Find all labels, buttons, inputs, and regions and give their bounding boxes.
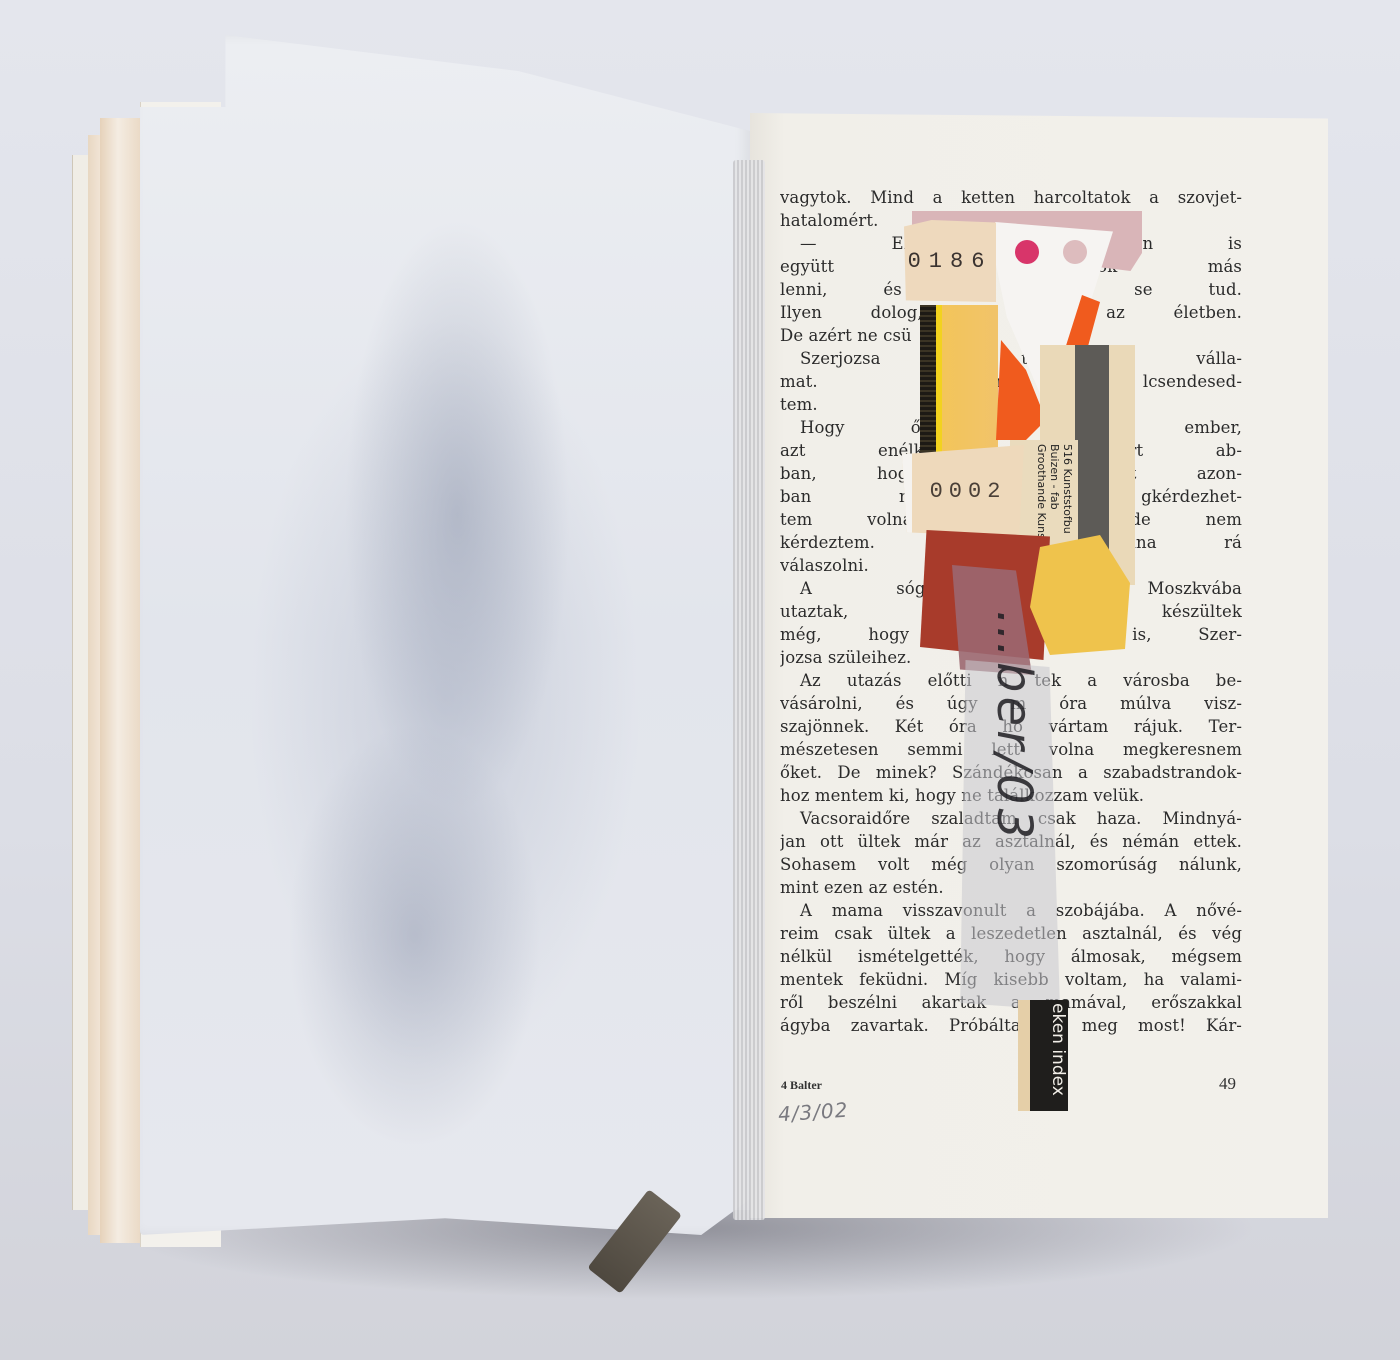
vertical-handwriting: …ber/03 (962, 610, 1042, 990)
footer-signature: 4 Balter (781, 1078, 822, 1093)
handwritten-date: 4/3/02 (777, 1098, 849, 1127)
page-edge-stack (100, 118, 145, 1243)
text-line: ágyba zavartak. Próbálta na meg most! Ká… (780, 1014, 1242, 1037)
yellow-paint-strip (936, 305, 998, 460)
text-line: De azért ne csü (780, 324, 1242, 347)
translucent-left-page (140, 35, 750, 1235)
punched-hole-red (1015, 240, 1039, 264)
bookmark-ribbon (733, 160, 765, 1220)
ticket-number-bottom: 0002 (902, 445, 1024, 537)
text-line: vagytok. Mind a ketten harcoltatok a szo… (780, 186, 1242, 209)
punched-hole-pale (1063, 240, 1087, 264)
index-text-strip: eken index (1018, 1000, 1068, 1111)
page-number: 49 (1219, 1074, 1236, 1094)
ticket-number-top: 0186 (904, 220, 996, 302)
